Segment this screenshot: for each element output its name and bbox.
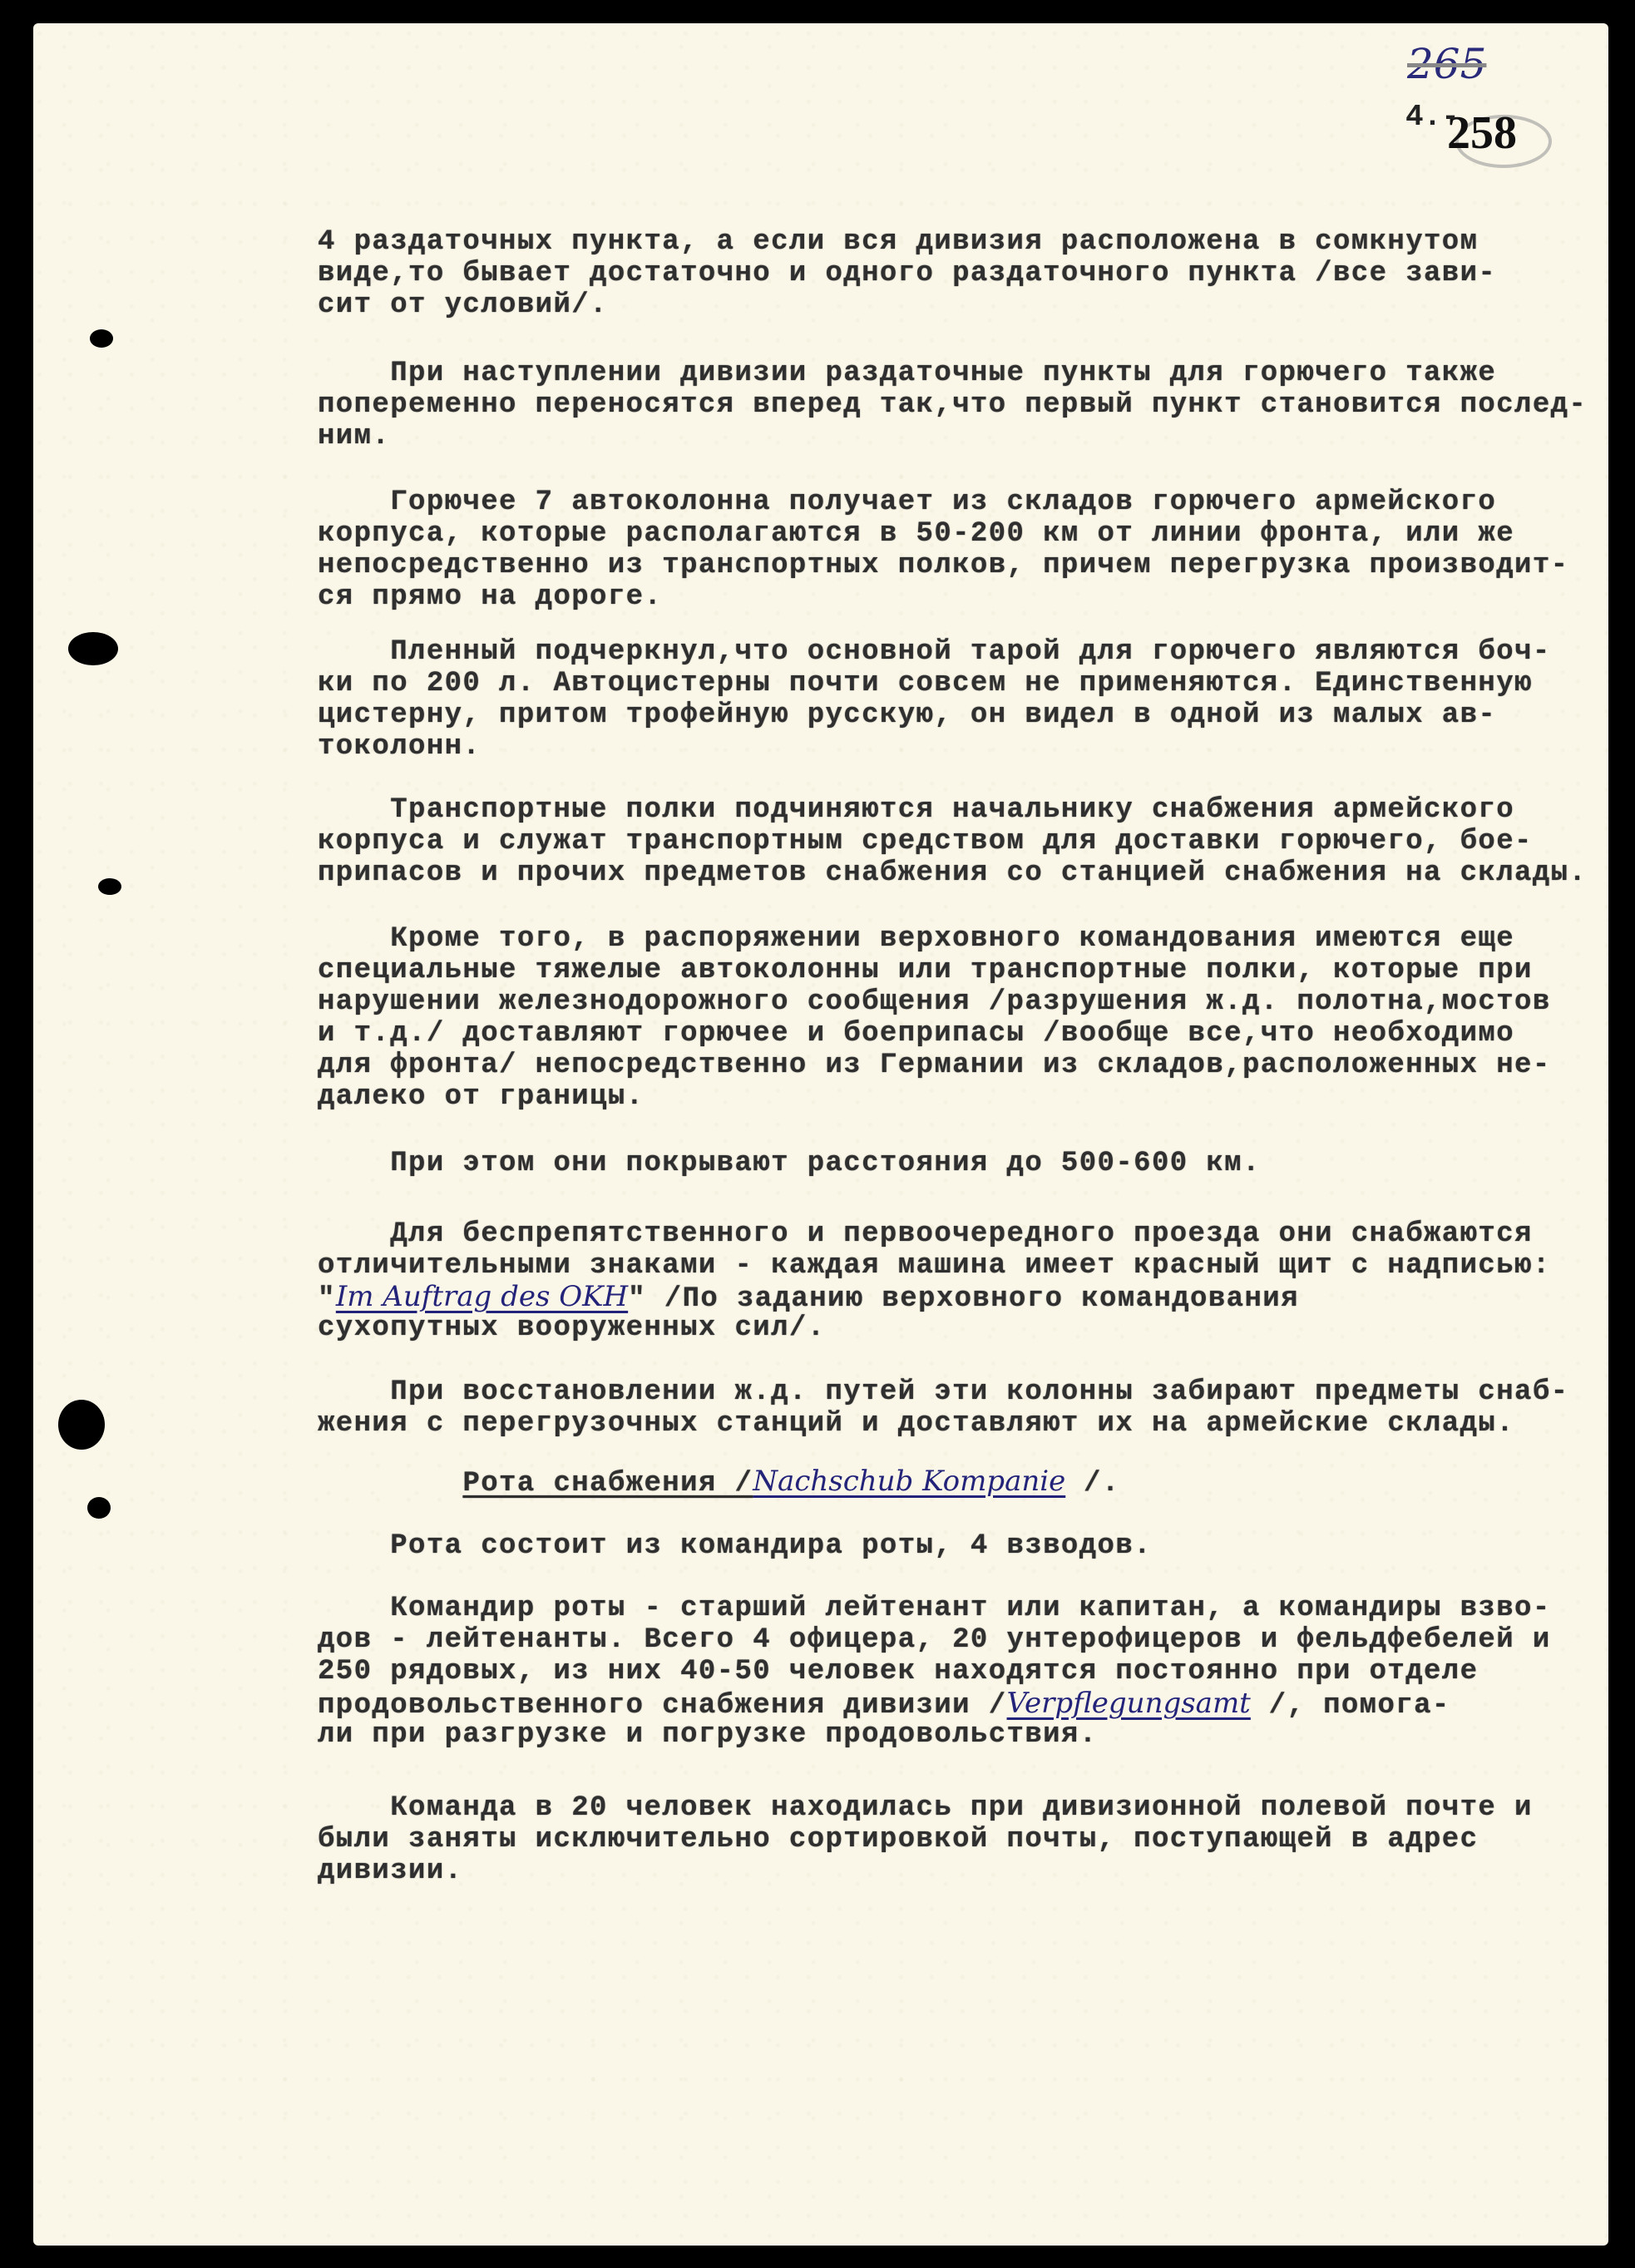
verpflegung-line: продовольственного снабжения дивизии /Ve… bbox=[318, 1687, 1450, 1722]
paragraph-line: 250 рядовых, из них 40-50 человек находя… bbox=[318, 1656, 1478, 1687]
paragraph-line: далеко от границы. bbox=[318, 1081, 644, 1113]
paragraph-line: жения с перегрузочных станций и доставля… bbox=[318, 1408, 1514, 1440]
paragraph-line: корпуса и служат транспортным средством … bbox=[318, 826, 1533, 857]
paragraph-line: попеременно переносятся вперед так,что п… bbox=[318, 389, 1587, 421]
paragraph-line: При восстановлении ж.д. путей эти колонн… bbox=[318, 1376, 1568, 1408]
paragraph-line: корпуса, которые располагаются в 50-200 … bbox=[318, 518, 1514, 550]
paragraph-line: припасов и прочих предметов снабжения со… bbox=[318, 857, 1587, 889]
paragraph-line: для фронта/ непосредственно из Германии … bbox=[318, 1050, 1551, 1081]
paragraph-line: виде,то бывает достаточно и одного разда… bbox=[318, 258, 1496, 289]
paragraph-line: токолонн. bbox=[318, 731, 481, 763]
section-heading: Рота снабжения /Nachschub Kompanie /. bbox=[318, 1465, 1120, 1500]
paragraph-line: ки по 200 л. Автоцистерны почти совсем н… bbox=[318, 668, 1533, 699]
paragraph-line: сит от условий/. bbox=[318, 289, 608, 321]
paragraph-line: Команда в 20 человек находилась при диви… bbox=[318, 1792, 1533, 1824]
paragraph-line: Транспортные полки подчиняются начальник… bbox=[318, 794, 1514, 826]
paragraph-line: были заняты исключительно сортировкой по… bbox=[318, 1824, 1478, 1855]
paragraph-line: сухопутных вооруженных сил/. bbox=[318, 1312, 826, 1344]
paragraph-line: нарушении железнодорожного сообщения /ра… bbox=[318, 986, 1551, 1018]
paragraph-line: 4 раздаточных пункта, а если вся дивизия… bbox=[318, 226, 1478, 258]
paragraph-line: отличительными знаками - каждая машина и… bbox=[318, 1250, 1551, 1282]
paragraph-line: дов - лейтенанты. Всего 4 офицера, 20 ун… bbox=[318, 1624, 1551, 1656]
paragraph-line: специальные тяжелые автоколонны или тран… bbox=[318, 955, 1533, 986]
punch-hole bbox=[98, 878, 121, 895]
punch-hole bbox=[90, 329, 113, 348]
paragraph-line: ним. bbox=[318, 421, 390, 452]
paragraph-line: При этом они покрывают расстояния до 500… bbox=[318, 1148, 1261, 1179]
archive-number-struck: 265 bbox=[1407, 40, 1486, 88]
okh-line: "Im Auftrag des OKH" /По заданию верховн… bbox=[318, 1281, 1299, 1315]
page-number: 4.- bbox=[1405, 100, 1460, 134]
document-page bbox=[33, 23, 1608, 2246]
paragraph-line: При наступлении дивизии раздаточные пунк… bbox=[318, 358, 1496, 389]
paragraph-line: дивизии. bbox=[318, 1855, 462, 1887]
paragraph-line: Рота состоит из командира роты, 4 взводо… bbox=[318, 1530, 1152, 1562]
punch-hole bbox=[68, 632, 118, 665]
punch-hole bbox=[58, 1400, 105, 1450]
punch-hole bbox=[87, 1497, 111, 1519]
paragraph-line: Командир роты - старший лейтенант или ка… bbox=[318, 1593, 1551, 1624]
paragraph-line: цистерну, притом трофейную русскую, он в… bbox=[318, 699, 1496, 731]
paragraph-line: ли при разгрузке и погрузке продовольств… bbox=[318, 1719, 1098, 1751]
paragraph-line: и т.д./ доставляют горючее и боеприпасы … bbox=[318, 1018, 1514, 1050]
paragraph-line: Пленный подчеркнул,что основной тарой дл… bbox=[318, 636, 1551, 668]
paragraph-line: ся прямо на дороге. bbox=[318, 581, 662, 613]
paragraph-line: Горючее 7 автоколонна получает из складо… bbox=[318, 487, 1496, 518]
paragraph-line: непосредственно из транспортных полков, … bbox=[318, 550, 1568, 581]
paragraph-line: Для беспрепятственного и первоочередного… bbox=[318, 1218, 1533, 1250]
paragraph-line: Кроме того, в распоряжении верховного ко… bbox=[318, 923, 1514, 955]
